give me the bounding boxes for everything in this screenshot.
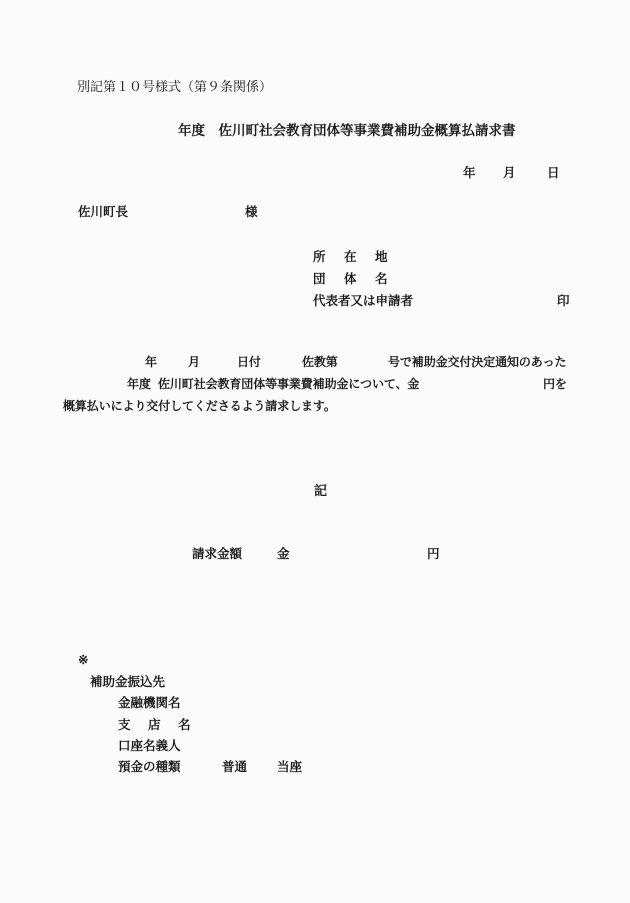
applicant-representative-label: 代表者又は申請者 — [313, 295, 413, 308]
deposit-type-label: 預金の種類 — [118, 761, 181, 774]
date-year-label: 年 — [463, 167, 476, 180]
body-line1-rest: 号で補助金交付決定通知のあった — [388, 356, 566, 368]
bank-name-label: 金融機関名 — [118, 697, 181, 710]
addressee-name: 佐川町長 — [78, 206, 128, 219]
note-marker: ※ — [78, 654, 88, 667]
amount-prefix: 金 — [277, 548, 290, 561]
body-line3: 概算払いにより交付してくださるよう請求します。 — [63, 400, 336, 412]
deposit-type-ordinary: 普通 — [222, 761, 247, 774]
body-line2-suffix: 円を — [543, 378, 567, 390]
document-title: 年度 佐川町社会教育団体等事業費補助金概算払請求書 — [178, 124, 516, 138]
branch-name-label: 支 店 名 — [118, 719, 193, 732]
date-day-label: 日 — [547, 167, 560, 180]
addressee-honorific: 様 — [245, 206, 258, 219]
applicant-group-name-label: 団 体 名 — [313, 273, 391, 286]
body-line1-year-label: 年 — [145, 356, 157, 368]
body-line2-fiscal-year: 年度 — [127, 378, 151, 390]
document-page: 別記第１０号様式（第９条関係） 年度 佐川町社会教育団体等事業費補助金概算払請求… — [0, 0, 630, 903]
ki-marker: 記 — [314, 484, 327, 497]
account-holder-label: 口座名義人 — [118, 740, 181, 753]
deposit-type-current: 当座 — [277, 761, 302, 774]
seal-label: 印 — [557, 295, 570, 308]
body-line1-day-suffix: 日付 — [237, 356, 261, 368]
date-month-label: 月 — [503, 167, 516, 180]
amount-label: 請求金額 — [192, 548, 242, 561]
transfer-destination-heading: 補助金振込先 — [90, 676, 165, 689]
body-line1-doc-no-prefix: 佐教第 — [302, 356, 338, 368]
form-number-label: 別記第１０号様式（第９条関係） — [77, 80, 272, 93]
applicant-address-label: 所 在 地 — [313, 251, 391, 264]
body-line2-main: 佐川町社会教育団体等事業費補助金について、金 — [158, 378, 419, 390]
amount-unit: 円 — [427, 548, 440, 561]
body-line1-month-label: 月 — [188, 356, 200, 368]
